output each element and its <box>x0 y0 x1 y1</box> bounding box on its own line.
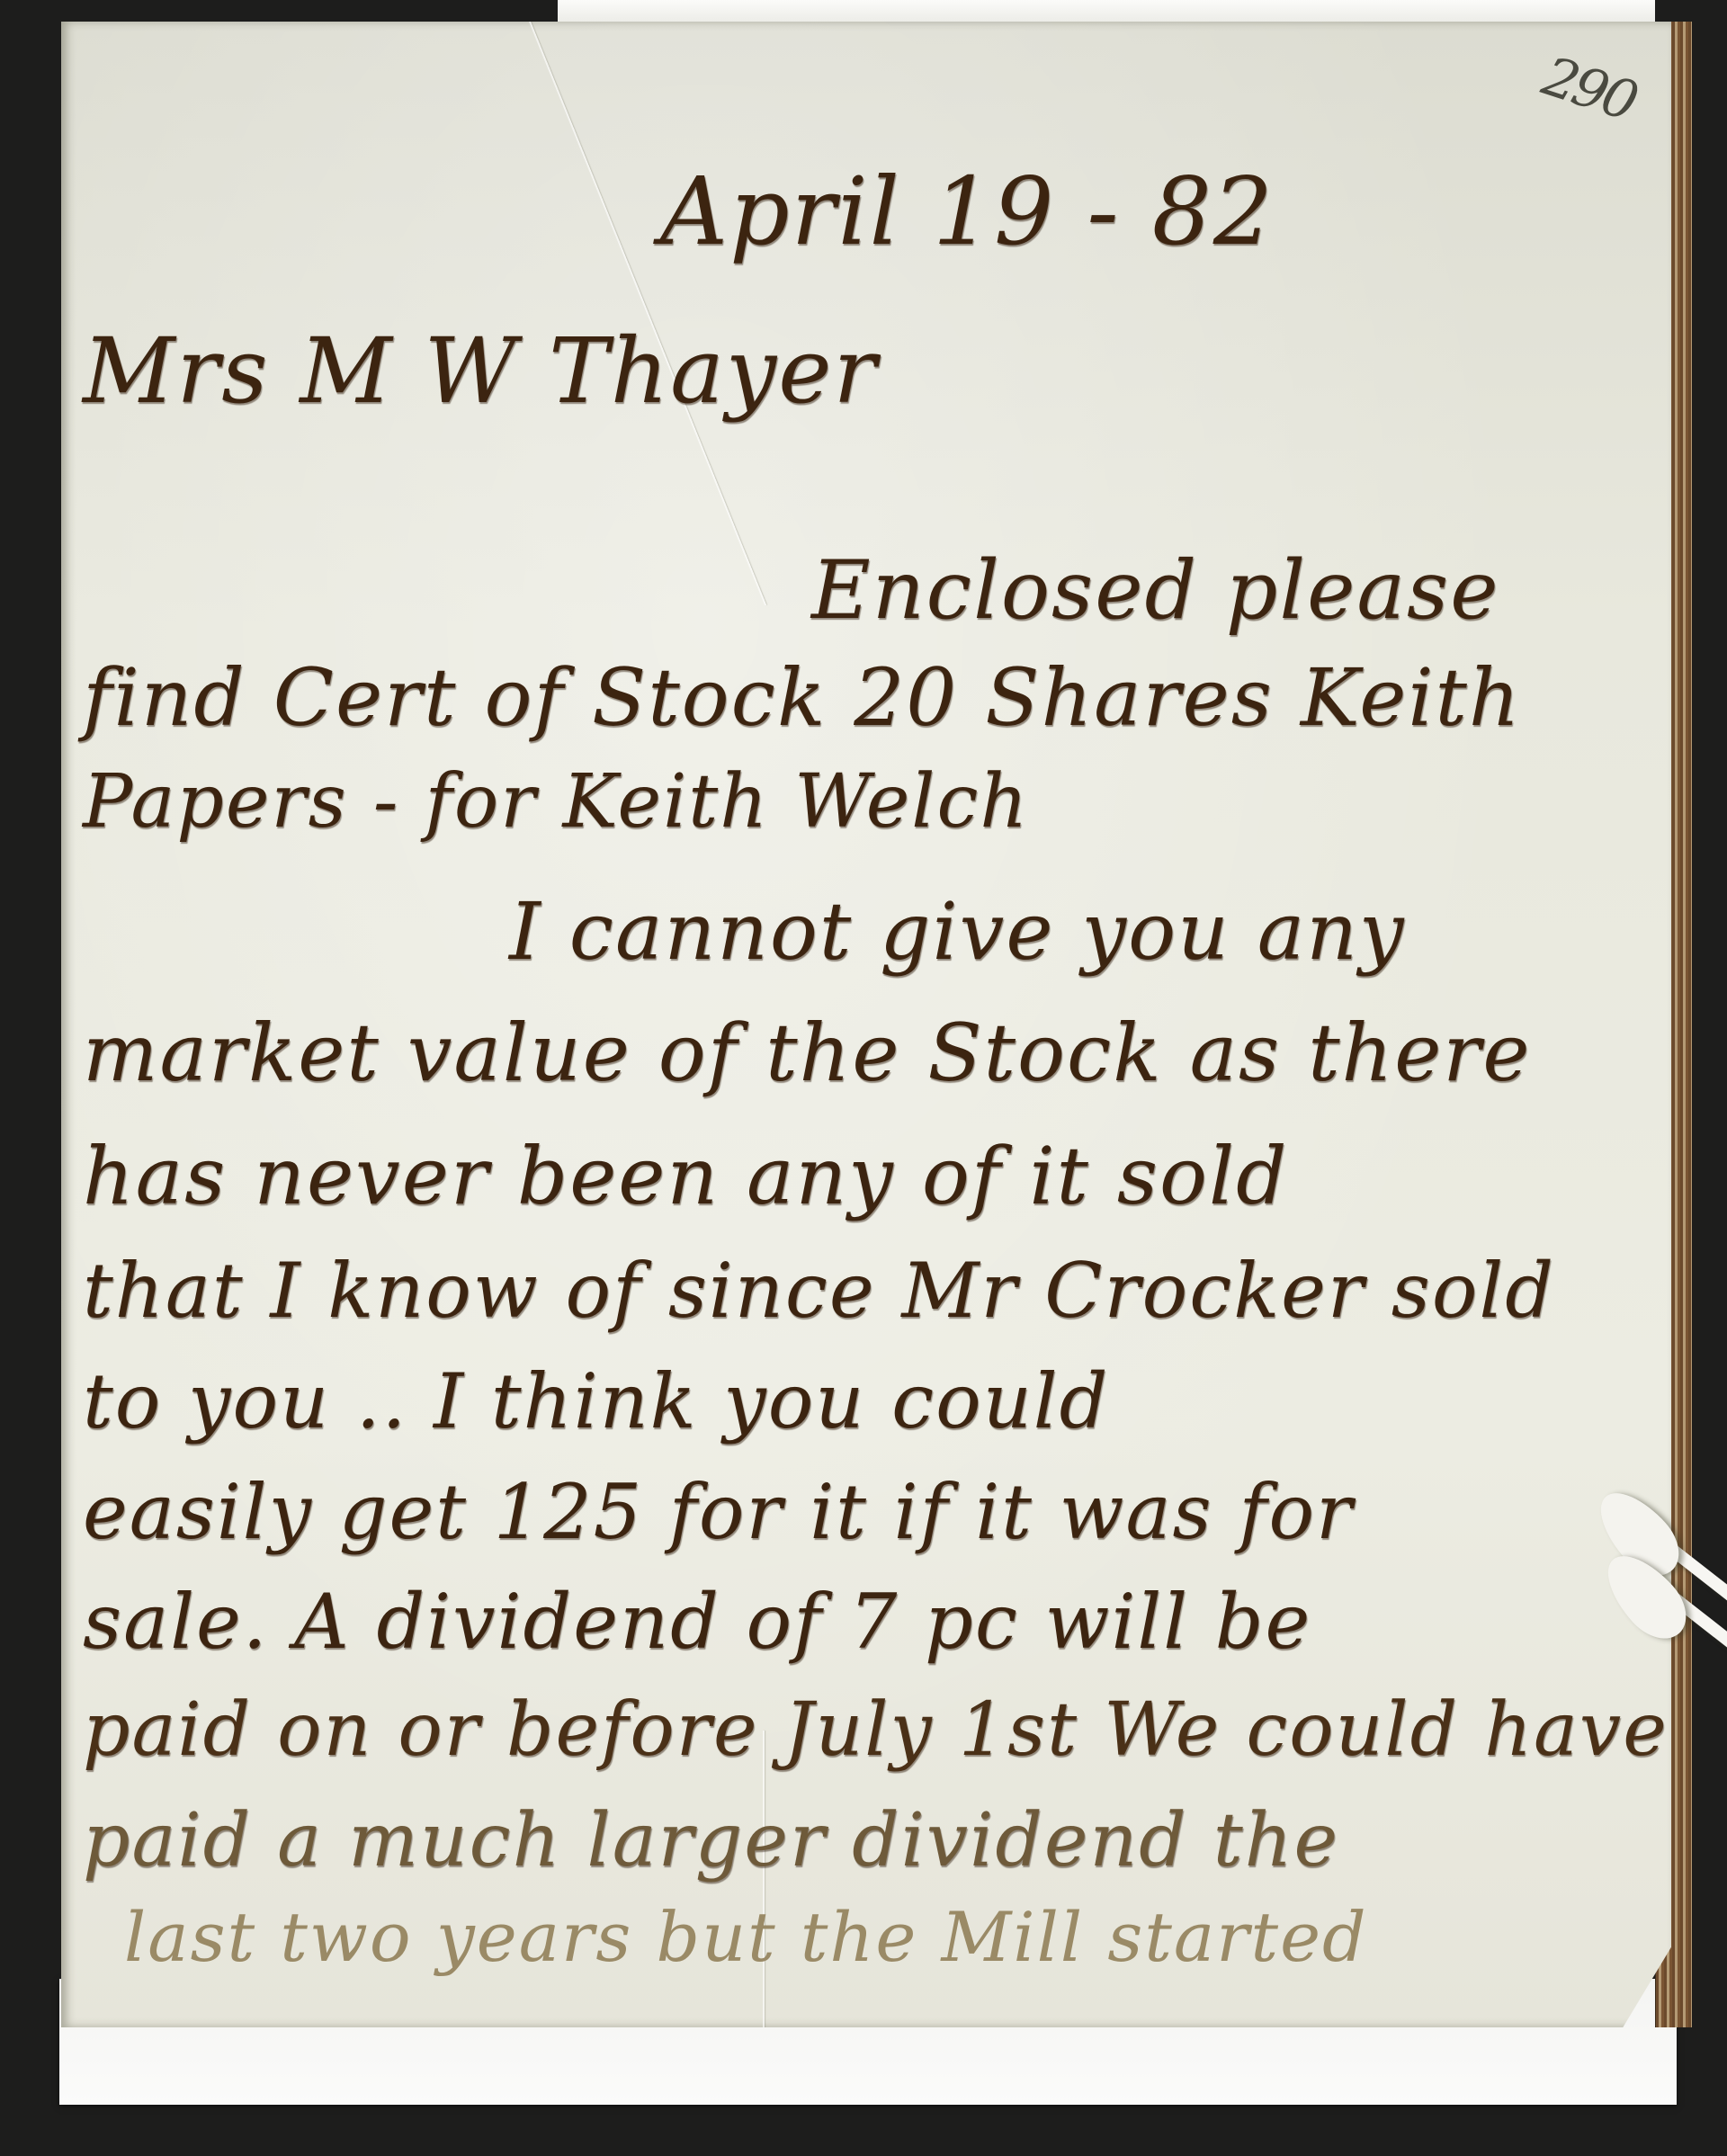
letter-line: sale. A dividend of 7 pc will be <box>83 1578 1311 1666</box>
letter-line: I cannot give you any <box>509 885 1406 978</box>
page-number: 290 <box>1535 45 1642 133</box>
letter-line: has never been any of it sold <box>83 1130 1288 1222</box>
letter-line: easily get 125 for it if it was for <box>83 1468 1354 1556</box>
letter-line: last two years but the Mill started <box>124 1897 1368 1977</box>
letter-line: find Cert of Stock 20 Shares Keith <box>83 651 1522 744</box>
paper-crease <box>529 22 766 606</box>
letter-line: Enclosed please <box>811 543 1499 638</box>
letter-line: market value of the Stock as there <box>83 1006 1531 1099</box>
letter-line: that I know of since Mr Crocker sold <box>83 1247 1555 1335</box>
letter-line: Papers - for Keith Welch <box>83 759 1029 845</box>
letter-line: paid a much larger dividend the <box>83 1798 1339 1883</box>
letter-page: 290 April 19 - 82 Mrs M W Thayer Enclose… <box>61 22 1671 2027</box>
letter-line: to you .. I think you could <box>83 1357 1109 1445</box>
letter-salutation: Mrs M W Thayer <box>83 318 878 424</box>
letter-line: paid on or before July 1st We could have <box>83 1687 1669 1773</box>
letter-date: April 19 - 82 <box>660 157 1275 266</box>
